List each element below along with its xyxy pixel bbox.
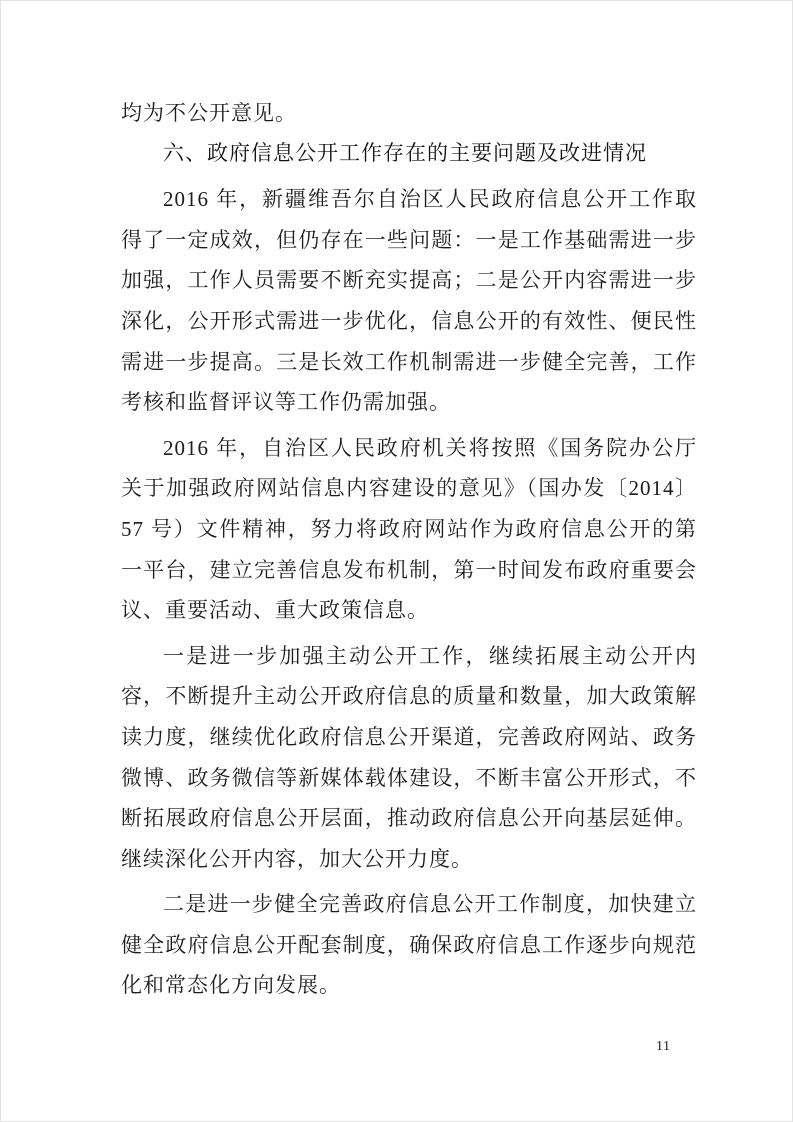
- document-page: 均为不公开意见。 六、政府信息公开工作存在的主要问题及改进情况 2016 年，新…: [0, 0, 793, 1122]
- paragraph: 2016 年，新疆维吾尔自治区人民政府信息公开工作取得了一定成效，但仍存在一些问…: [121, 179, 697, 423]
- paragraph-continuation: 均为不公开意见。: [121, 93, 697, 134]
- paragraph: 一是进一步加强主动公开工作，继续拓展主动公开内容，不断提升主动公开政府信息的质量…: [121, 636, 697, 880]
- document-content: 均为不公开意见。 六、政府信息公开工作存在的主要问题及改进情况 2016 年，新…: [121, 93, 697, 1006]
- section-heading: 六、政府信息公开工作存在的主要问题及改进情况: [121, 134, 697, 175]
- paragraph: 二是进一步健全完善政府信息公开工作制度，加快建立健全政府信息公开配套制度，确保政…: [121, 884, 697, 1006]
- page-number: 11: [656, 1037, 670, 1057]
- paragraph: 2016 年，自治区人民政府机关将按照《国务院办公厅关于加强政府网站信息内容建设…: [121, 428, 697, 631]
